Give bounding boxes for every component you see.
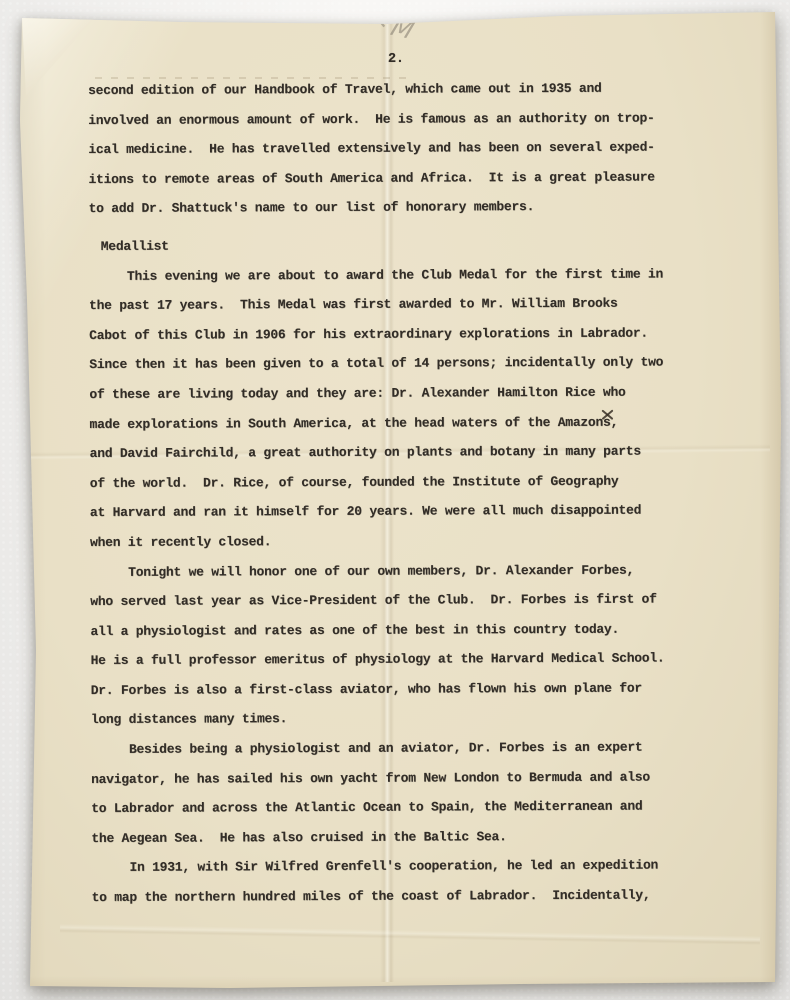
typed-line: long distances many times. xyxy=(91,703,731,735)
typed-line: to Labrador and across the Atlantic Ocea… xyxy=(91,791,731,823)
typed-text-block: second edition of our Handbook of Travel… xyxy=(88,73,732,912)
typed-line: to map the northern hundred miles of the… xyxy=(92,880,732,912)
crossed-out-letter: s xyxy=(603,407,611,437)
typed-line: to add Dr. Shattuck's name to our list o… xyxy=(89,192,729,224)
typed-line: the Aegean Sea. He has also cruised in t… xyxy=(91,821,731,853)
photo-backdrop: M 2. second edition of our Handbook of T… xyxy=(0,0,790,1000)
typed-line: second edition of our Handbook of Travel… xyxy=(88,73,728,105)
typed-line: Besides being a physiologist and an avia… xyxy=(91,732,731,764)
typed-line: when it recently closed. xyxy=(90,525,730,557)
typed-line: at Harvard and ran it himself for 20 yea… xyxy=(90,496,730,528)
document-page: M 2. second edition of our Handbook of T… xyxy=(0,0,790,1000)
typed-line: involved an enormous amount of work. He … xyxy=(88,103,728,135)
typed-line: all a physiologist and rates as one of t… xyxy=(90,614,730,646)
typed-line: the past 17 years. This Medal was first … xyxy=(89,288,729,320)
pencil-annotation: M xyxy=(388,14,418,42)
page-number: 2. xyxy=(388,52,404,67)
typed-line: This evening we are about to award the C… xyxy=(89,259,729,291)
line-text: made explorations in South America, at t… xyxy=(89,414,603,431)
typed-line: In 1931, with Sir Wilfred Grenfell's coo… xyxy=(91,851,731,883)
typed-line-with-correction: made explorations in South America, at t… xyxy=(89,407,729,439)
typed-line: itions to remote areas of South America … xyxy=(88,162,728,194)
typed-line: and David Fairchild, a great authority o… xyxy=(90,436,730,468)
typed-line: Cabot of this Club in 1906 for his extra… xyxy=(89,318,729,350)
typed-line: of the world. Dr. Rice, of course, found… xyxy=(90,466,730,498)
typed-line: who served last year as Vice-President o… xyxy=(90,584,730,616)
typed-line: of these are living today and they are: … xyxy=(89,377,729,409)
folded-corner xyxy=(20,14,98,99)
typed-line: He is a full professor emeritus of physi… xyxy=(90,643,730,675)
typed-line: navigator, he has sailed his own yacht f… xyxy=(91,762,731,794)
typed-line: ical medicine. He has travelled extensiv… xyxy=(88,132,728,164)
horizontal-crease-bottom xyxy=(60,924,760,945)
typed-line: Tonight we will honor one of our own mem… xyxy=(90,555,730,587)
paper-shadow: M 2. second edition of our Handbook of T… xyxy=(0,0,790,1000)
typed-line: Dr. Forbes is also a first-class aviator… xyxy=(91,673,731,705)
section-heading-medallist: Medallist xyxy=(89,229,729,261)
typed-line: Since then it has been given to a total … xyxy=(89,348,729,380)
